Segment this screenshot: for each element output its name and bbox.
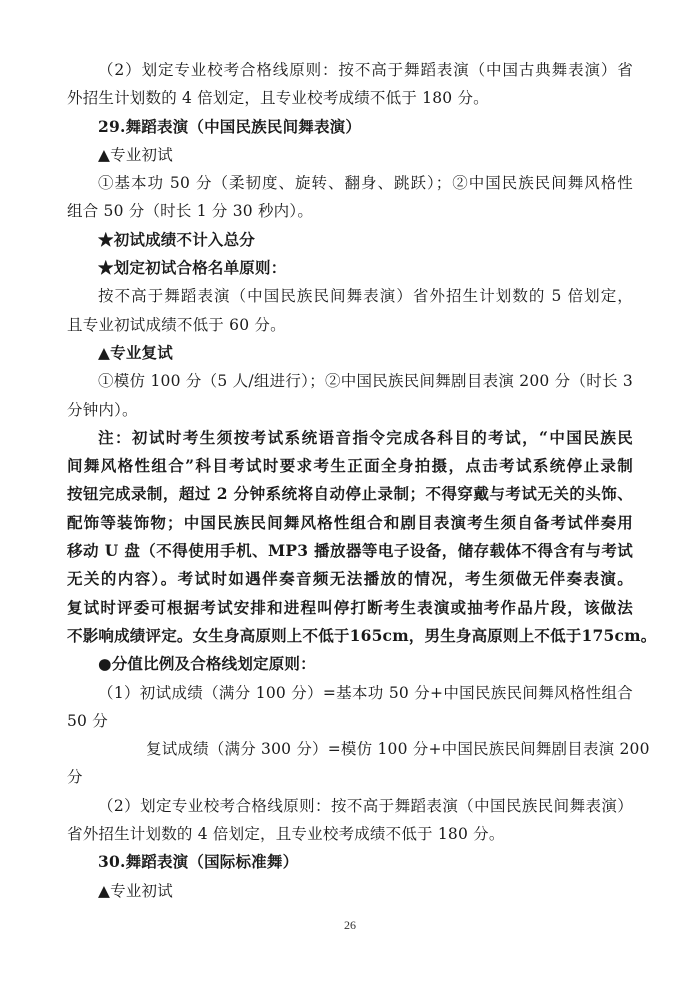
text-line: 按钮完成录制，超过 2 分钟系统将自动停止录制；不得穿戴与考试无关的头饰、 xyxy=(67,480,633,508)
text-line: （2）划定专业校考合格线原则：按不高于舞蹈表演（中国古典舞表演）省 xyxy=(67,56,633,84)
text-line: （2）划定专业校考合格线原则：按不高于舞蹈表演（中国民族民间舞表演） xyxy=(67,792,633,820)
text-line: （1）初试成绩（满分 100 分）=基本功 50 分+中国民族民间舞风格性组合 xyxy=(67,679,633,707)
text-line: 分 xyxy=(67,763,633,791)
text-line: ①模仿 100 分（5 人/组进行）；②中国民族民间舞剧目表演 200 分（时长… xyxy=(67,367,633,395)
text-line: 注：初试时考生须按考试系统语音指令完成各科目的考试，“中国民族民 xyxy=(67,424,633,452)
text-line: ▲专业初试 xyxy=(67,877,633,905)
text-line: 29.舞蹈表演（中国民族民间舞表演） xyxy=(67,113,633,141)
text-line: 且专业初试成绩不低于 60 分。 xyxy=(67,311,633,339)
text-line: 30.舞蹈表演（国际标准舞） xyxy=(67,848,633,876)
text-line: 间舞风格性组合”科目考试时要求考生正面全身拍摄，点击考试系统停止录制 xyxy=(67,452,633,480)
text-line: 外招生计划数的 4 倍划定，且专业校考成绩不低于 180 分。 xyxy=(67,84,633,112)
text-line: 复试成绩（满分 300 分）=模仿 100 分+中国民族民间舞剧目表演 200 xyxy=(67,735,633,763)
text-line: 分钟内）。 xyxy=(67,396,633,424)
text-line: 移动 U 盘（不得使用手机、MP3 播放器等电子设备，储存载体不得含有与考试 xyxy=(67,537,633,565)
text-line: ★初试成绩不计入总分 xyxy=(67,226,633,254)
text-line: 不影响成绩评定。女生身高原则上不低于165cm，男生身高原则上不低于175cm。 xyxy=(67,622,633,650)
text-line: ★划定初试合格名单原则： xyxy=(67,254,633,282)
text-line: ▲专业初试 xyxy=(67,141,633,169)
text-line: 50 分 xyxy=(67,707,633,735)
text-line: 无关的内容）。考试时如遇伴奏音频无法播放的情况，考生须做无伴奏表演。 xyxy=(67,565,633,593)
text-line: 省外招生计划数的 4 倍划定，且专业校考成绩不低于 180 分。 xyxy=(67,820,633,848)
text-line: ▲专业复试 xyxy=(67,339,633,367)
page-number: 26 xyxy=(0,918,700,933)
text-line: 按不高于舞蹈表演（中国民族民间舞表演）省外招生计划数的 5 倍划定， xyxy=(67,282,633,310)
text-line: ①基本功 50 分（柔韧度、旋转、翻身、跳跃）；②中国民族民间舞风格性 xyxy=(67,169,633,197)
text-line: 配饰等装饰物；中国民族民间舞风格性组合和剧目表演考生须自备考试伴奏用 xyxy=(67,509,633,537)
text-line: 复试时评委可根据考试安排和进程叫停打断考生表演或抽考作品片段，该做法 xyxy=(67,594,633,622)
document-page: （2）划定专业校考合格线原则：按不高于舞蹈表演（中国古典舞表演）省外招生计划数的… xyxy=(67,56,633,905)
text-line: ●分值比例及合格线划定原则： xyxy=(67,650,633,678)
text-line: 组合 50 分（时长 1 分 30 秒内）。 xyxy=(67,197,633,225)
